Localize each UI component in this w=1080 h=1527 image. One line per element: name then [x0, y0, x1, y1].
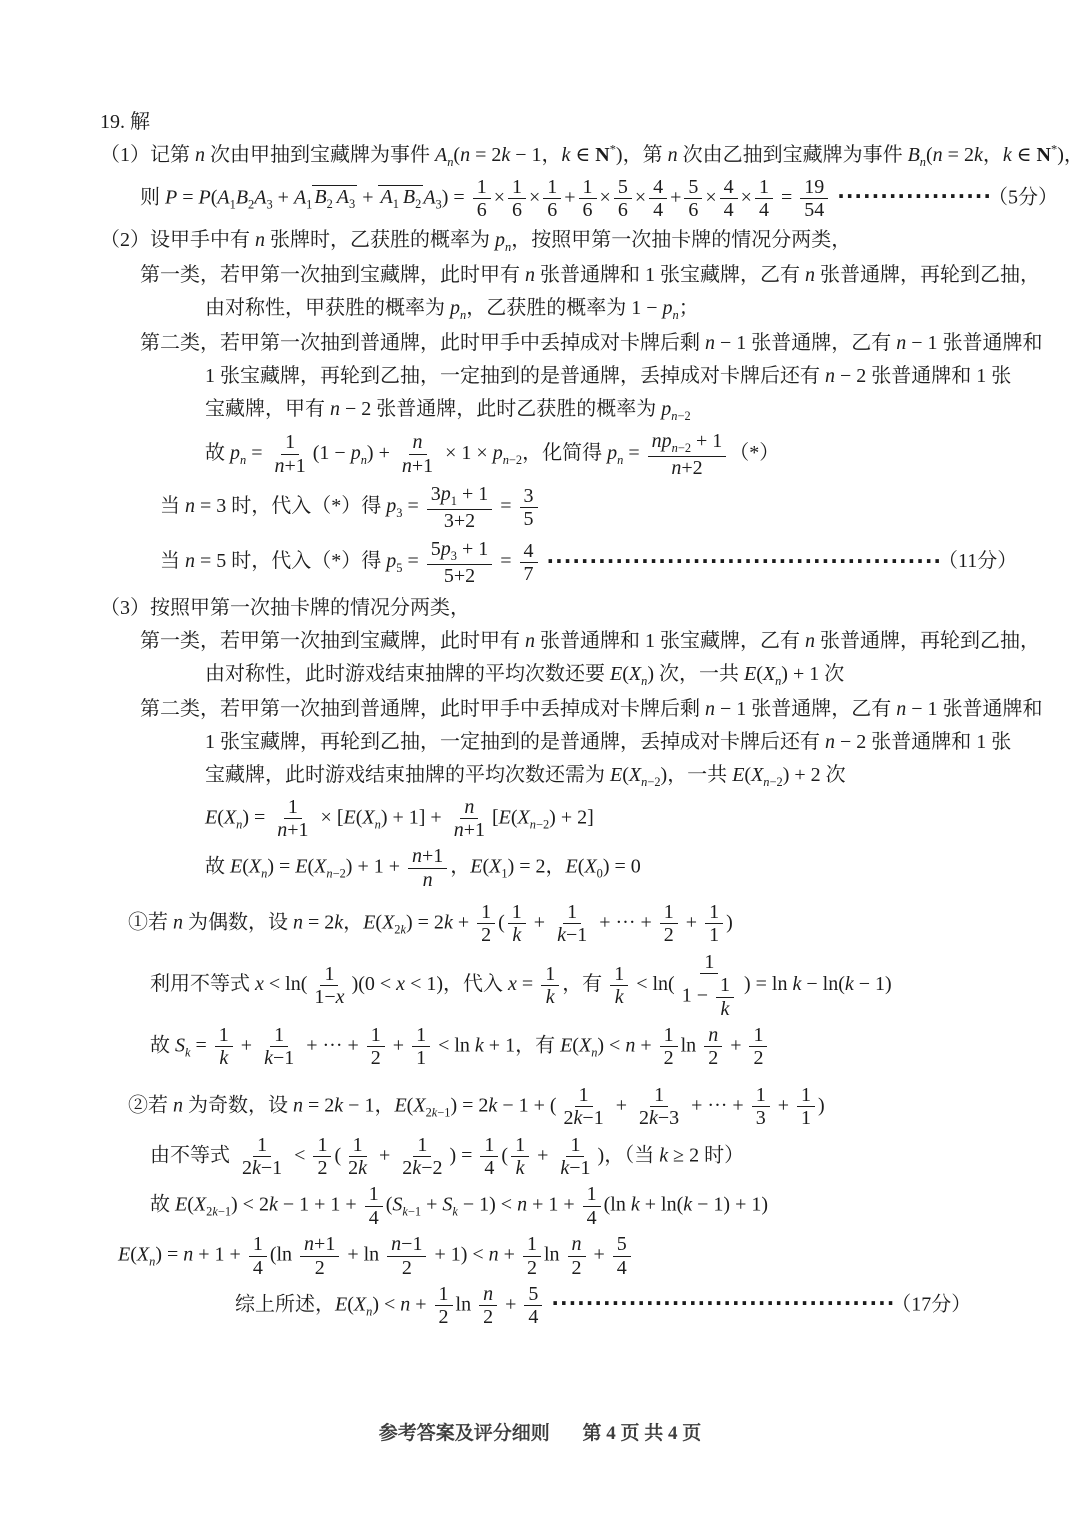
- math-var: p: [493, 442, 503, 464]
- math-run: + 1: [457, 538, 488, 560]
- math-run: + 1: [691, 430, 722, 452]
- math-run: (: [217, 806, 224, 828]
- math-var: E: [230, 856, 242, 878]
- fraction-denominator: k: [542, 986, 559, 1008]
- fraction-numerator: 1: [563, 901, 581, 924]
- fraction-denominator: n+1: [450, 819, 489, 841]
- math-var: k: [1003, 144, 1012, 166]
- math-var: n: [173, 912, 183, 934]
- math-run: 1: [801, 1084, 811, 1106]
- text-run: 张普通牌，再轮到乙抽，: [815, 264, 1040, 286]
- fraction-denominator: 1−x: [310, 986, 348, 1008]
- fraction-denominator: 2: [523, 1257, 541, 1279]
- math-run: 1: [756, 1084, 766, 1106]
- math-run: +: [453, 912, 474, 934]
- fraction-numerator: n−1: [387, 1233, 426, 1256]
- math-var: n: [173, 1094, 183, 1116]
- fraction-numerator: 5: [684, 176, 702, 199]
- text-run: ，: [343, 912, 363, 934]
- math-run: 4: [528, 1306, 538, 1328]
- math-run: ≥ 2: [668, 1144, 699, 1166]
- text-run: 利用不等式: [150, 973, 255, 995]
- math-var: E: [175, 1194, 187, 1216]
- math-run: ) = 2: [406, 912, 444, 934]
- math-var: A: [337, 186, 349, 208]
- fraction: n2: [704, 1024, 722, 1070]
- math-run: −: [401, 1233, 412, 1255]
- math-var: S: [442, 1194, 452, 1216]
- fraction: n+1n: [408, 845, 447, 891]
- text-run: ，乙获胜的概率为: [466, 297, 631, 319]
- part2-substitute-n3: 当 n = 3 时，代入（*）得 p3 = 3p1 + 13+2 = 35: [0, 483, 1080, 532]
- math-run: 6: [688, 199, 698, 221]
- fraction: 12: [660, 1024, 678, 1070]
- math-run: ×: [600, 186, 611, 208]
- math-run: 7: [524, 563, 534, 585]
- math-run: 1: [484, 1134, 494, 1156]
- text-run: ，代入: [443, 973, 508, 995]
- math-run: 1: [412, 1233, 422, 1255]
- math-run: 1: [709, 924, 719, 946]
- math-run: = 5: [195, 551, 226, 573]
- math-run: ) =: [449, 1144, 477, 1166]
- even-log-inequality: 利用不等式 x < ln(11−x)(0 < x < 1)，代入 x = 1k，…: [0, 951, 1080, 1020]
- fraction-denominator: 1: [705, 924, 723, 946]
- math-run: =: [191, 1035, 212, 1057]
- math-run: −: [582, 1107, 593, 1129]
- odd-inequality: 由不等式 12k−1 < 12(12k + 12k−2) = 14(1k + 1…: [0, 1134, 1080, 1180]
- math-run: −: [261, 1157, 272, 1179]
- fraction-numerator: 1: [755, 176, 773, 199]
- fraction-numerator: 1: [700, 951, 718, 974]
- math-run: − 1 + (: [497, 1094, 556, 1116]
- math-run: +: [273, 186, 294, 208]
- part3-case2-cont2: 宝藏牌，此时游戏结束抽牌的平均次数还需为 E(Xn−2)，一共 E(Xn−2) …: [0, 761, 1080, 792]
- math-run: 2: [465, 510, 475, 532]
- math-run: 2: [483, 1306, 493, 1328]
- math-var: p: [450, 297, 460, 319]
- math-run: =: [776, 186, 797, 208]
- math-var: n: [896, 698, 906, 720]
- math-var: k: [659, 1144, 668, 1166]
- overline: B2: [401, 185, 423, 211]
- fraction-denominator: 2: [313, 1157, 331, 1179]
- fraction: 1n+1: [270, 431, 309, 477]
- fraction-denominator: 2: [660, 1047, 678, 1069]
- fraction-denominator: 2k−2: [398, 1157, 446, 1179]
- math-run: 1: [325, 1233, 335, 1255]
- math-var: n: [825, 731, 835, 753]
- text-run: ，一共: [667, 764, 732, 786]
- math-run: 1: [257, 1134, 267, 1156]
- math-run: 1: [614, 963, 624, 985]
- subscript: 2: [327, 197, 333, 211]
- part3-expectation-equation: E(Xn) = 1n+1 × [E(Xn) + 1] + nn+1[E(Xn−2…: [0, 796, 1080, 842]
- fraction-numerator: 1: [215, 1024, 233, 1047]
- text-run: 故: [150, 1194, 175, 1216]
- math-var: n: [652, 430, 662, 452]
- math-run: 5: [528, 1283, 538, 1305]
- math-run: − 2: [340, 398, 371, 420]
- fraction-numerator: 1: [477, 901, 495, 924]
- math-var: X: [354, 1293, 366, 1315]
- fraction-numerator: 1: [284, 796, 302, 819]
- text-run: ，: [542, 144, 562, 166]
- fraction: 56: [614, 176, 632, 222]
- fraction-numerator: 1: [575, 1084, 593, 1107]
- fraction: 1k: [508, 901, 526, 947]
- math-var: n: [274, 455, 284, 477]
- text-run: 则: [140, 186, 165, 208]
- math-run: < ln(: [264, 973, 308, 995]
- math-run: +: [374, 1144, 395, 1166]
- fraction-numerator: 1: [249, 1233, 267, 1256]
- fraction-numerator: 1: [435, 1283, 453, 1306]
- fraction-numerator: 1: [660, 1024, 678, 1047]
- fraction-numerator: n: [704, 1024, 722, 1047]
- math-run: (: [926, 144, 933, 166]
- fraction: 54: [613, 1233, 631, 1279]
- math-run: −: [770, 775, 777, 789]
- math-var: p: [386, 495, 396, 517]
- math-run: 1: [587, 1183, 597, 1205]
- text-run: ②若: [128, 1094, 173, 1116]
- fraction: 1k: [215, 1024, 233, 1070]
- math-var: E: [560, 1035, 572, 1057]
- fraction-numerator: 1: [313, 1134, 331, 1157]
- fraction-denominator: 4: [365, 1207, 383, 1229]
- part1-probability-computation: 则 P = P(A1B2A3 + A1B2A3 + A1B2A3) = 16×1…: [0, 176, 1080, 222]
- fraction-numerator: 1: [543, 176, 561, 199]
- math-run: =: [246, 442, 267, 464]
- text-run: 故: [150, 1035, 175, 1057]
- fraction: nn+1: [398, 431, 437, 477]
- math-var: B: [908, 144, 920, 166]
- math-run: 1: [567, 901, 577, 923]
- text-run: 宝藏牌，此时游戏结束抽牌的平均次数还需为: [205, 764, 610, 786]
- part3-setup: （3）按照甲第一次抽卡牌的情况分两类，: [0, 594, 1080, 623]
- fraction-numerator: 1: [579, 176, 597, 199]
- math-var: p: [661, 398, 671, 420]
- fraction-denominator: 2: [660, 924, 678, 946]
- fraction: 1954: [800, 176, 828, 222]
- fraction-numerator: n: [409, 431, 427, 454]
- math-run: =: [495, 495, 516, 517]
- fraction-denominator: k: [611, 986, 628, 1008]
- math-run: ln: [681, 1035, 702, 1057]
- math-run: 2: [465, 565, 475, 587]
- math-run: 1: [654, 1084, 664, 1106]
- math-run: 1: [577, 924, 587, 946]
- math-run: 1: [299, 819, 309, 841]
- math-run: ) + 1 +: [346, 856, 405, 878]
- part2-substitute-n5: 当 n = 5 时，代入（*）得 p5 = 5p3 + 15+2 = 47···…: [0, 538, 1080, 587]
- math-var: E: [344, 806, 356, 828]
- math-run: 4: [369, 1207, 379, 1229]
- math-var: n: [517, 1194, 527, 1216]
- part3-case2-cont1: 1 张宝藏牌，再轮到乙抽，一定抽到的是普通牌，丢掉成对卡牌后还有 n − 2 张…: [0, 728, 1080, 757]
- case-odd: ②若 n 为奇数，设 n = 2k − 1，E(X2k−1) = 2k − 1 …: [0, 1084, 1080, 1130]
- text-run: 由对称性，此时游戏结束抽牌的平均次数还要: [205, 663, 610, 685]
- part3-recurrence: 故 E(Xn) = E(Xn−2) + 1 + n+1n，E(X1) = 2，E…: [0, 845, 1080, 891]
- math-run: (: [622, 764, 629, 786]
- math-run: ) =: [242, 806, 270, 828]
- math-var: k: [334, 1094, 343, 1116]
- math-var: n: [896, 332, 906, 354]
- math-var: n: [423, 869, 433, 891]
- math-run: 1: [515, 1134, 525, 1156]
- math-var: x: [255, 973, 264, 995]
- math-run: 1: [272, 1157, 282, 1179]
- fraction-denominator: 2k: [344, 1157, 371, 1179]
- fraction: 12: [313, 1134, 331, 1180]
- math-var: n: [400, 1293, 410, 1315]
- text-run: 次由甲抽到宝藏牌为事件: [205, 144, 435, 166]
- text-run: 张普通牌和 1 张: [866, 731, 1011, 753]
- math-run: 1: [423, 455, 433, 477]
- math-run: 5: [431, 538, 441, 560]
- scanned-answer-page: 19. 解（1）记第 n 次由甲抽到宝藏牌为事件 An(n = 2k − 1，k…: [0, 0, 1080, 1527]
- math-run: +: [284, 455, 295, 477]
- math-var: k: [512, 924, 521, 946]
- fraction: 12: [660, 901, 678, 947]
- fraction-denominator: n+2: [667, 457, 706, 479]
- part2-setup: （2）设甲手中有 n 张牌时，乙获胜的概率为 pn，按照甲第一次抽卡牌的情况分两…: [0, 226, 1080, 257]
- math-run: 1: [547, 176, 557, 198]
- math-run: ) = 2: [450, 1094, 488, 1116]
- math-var: n: [255, 229, 265, 251]
- fraction-denominator: 4: [649, 199, 667, 221]
- math-var: S: [175, 1035, 185, 1057]
- math-var: k: [358, 1157, 367, 1179]
- fraction-numerator: n: [479, 1283, 497, 1306]
- text-run: 次: [821, 764, 846, 786]
- math-run: +: [681, 912, 702, 934]
- math-run: =: [177, 186, 198, 208]
- math-var: A: [217, 186, 229, 208]
- fraction: 1k: [541, 963, 559, 1009]
- fraction-numerator: 5p3 + 1: [427, 538, 492, 565]
- math-run: 2: [402, 1257, 412, 1279]
- math-var: n: [391, 1233, 401, 1255]
- math-run: 1: [274, 1024, 284, 1046]
- math-run: 1 −: [682, 985, 713, 1007]
- fraction-denominator: 6: [579, 199, 597, 221]
- fraction: n2: [568, 1233, 586, 1279]
- fraction-numerator: 4: [520, 540, 538, 563]
- math-var: A: [380, 186, 392, 208]
- fraction-numerator: 1: [523, 1233, 541, 1256]
- math-run: 1: [527, 1233, 537, 1255]
- fraction-denominator: 4: [613, 1257, 631, 1279]
- math-run: 4: [253, 1257, 263, 1279]
- math-run: +: [464, 819, 475, 841]
- math-run: 4: [759, 199, 769, 221]
- math-var: k: [649, 1107, 658, 1129]
- math-run: 4: [653, 176, 663, 198]
- fraction-denominator: 1 − 1k: [678, 974, 741, 1020]
- math-run: =: [517, 973, 538, 995]
- subscript: 2k−1: [206, 1205, 231, 1219]
- fraction: 12: [367, 1024, 385, 1070]
- math-var: n: [304, 1233, 314, 1255]
- math-var: S: [392, 1194, 402, 1216]
- overline: B2: [312, 185, 334, 211]
- math-run: = 2: [943, 144, 974, 166]
- math-bold-symbol: N: [595, 144, 609, 166]
- math-var: E: [363, 912, 375, 934]
- math-run: 1: [804, 176, 814, 198]
- math-var: n: [454, 819, 464, 841]
- math-run: × [: [316, 806, 344, 828]
- math-run: 2: [664, 924, 674, 946]
- math-run: ) = ln: [744, 973, 793, 995]
- math-run: 4: [524, 540, 534, 562]
- math-run: 19.: [100, 111, 130, 133]
- even-sum-bound: 故 Sk = 1k + 1k−1 + ··· + 12 + 11 < ln k …: [0, 1024, 1080, 1070]
- math-run: −: [421, 1157, 432, 1179]
- math-run: +: [314, 1233, 325, 1255]
- fraction-denominator: 2: [367, 1047, 385, 1069]
- math-run: ) + 1] +: [381, 806, 447, 828]
- subscript: 2: [415, 197, 421, 211]
- math-var: n: [525, 264, 535, 286]
- fraction-denominator: 3: [752, 1107, 770, 1129]
- fraction-denominator: k: [717, 998, 734, 1020]
- fraction-denominator: 4: [720, 199, 738, 221]
- math-var: k: [683, 1194, 692, 1216]
- math-var: P: [199, 186, 211, 208]
- math-run: = 2: [470, 144, 501, 166]
- math-run: − 1) + 1): [692, 1194, 768, 1216]
- math-var: n: [464, 796, 474, 818]
- math-run: ×: [741, 186, 752, 208]
- math-run: 2: [371, 1047, 381, 1069]
- text-run: ，有: [562, 973, 607, 995]
- math-run: 1: [475, 819, 485, 841]
- fraction-denominator: 7: [520, 563, 538, 585]
- fraction-denominator: 2: [477, 924, 495, 946]
- text-run: （17分）: [901, 1293, 971, 1315]
- text-run: 张普通牌，乙有: [746, 332, 896, 354]
- math-var: n: [668, 144, 678, 166]
- math-run: ∈: [570, 144, 595, 166]
- math-run: +: [388, 1035, 409, 1057]
- text-run: 综上所述，: [235, 1293, 335, 1315]
- fraction-denominator: 1: [797, 1107, 815, 1129]
- math-run: 3: [524, 485, 534, 507]
- text-run: 由不等式: [150, 1144, 235, 1166]
- overline: A3: [335, 185, 357, 211]
- math-run: 1: [433, 845, 443, 867]
- math-run: 4: [724, 199, 734, 221]
- fraction: 14: [249, 1233, 267, 1279]
- math-run: ln: [544, 1244, 565, 1266]
- math-run: 1: [664, 1024, 674, 1046]
- case-even: ①若 n 为偶数，设 n = 2k，E(X2k) = 2k + 12(1k + …: [0, 901, 1080, 947]
- text-run: （2）设甲手中有: [100, 229, 255, 251]
- fraction: 14: [365, 1183, 383, 1229]
- text-run: 第二类，若甲第一次抽到普通牌，此时甲手中丢掉成对卡牌后剩: [140, 698, 705, 720]
- math-var: n: [705, 332, 715, 354]
- math-run: 1: [439, 1283, 449, 1305]
- math-run: 2: [432, 1157, 442, 1179]
- math-run: ln: [456, 1293, 477, 1315]
- math-run: 1: [371, 1024, 381, 1046]
- math-run: 1: [284, 1047, 294, 1069]
- math-run: ) =: [267, 856, 295, 878]
- math-var: E: [610, 764, 622, 786]
- math-run: 1: [753, 1024, 763, 1046]
- text-run: ，按照甲第一次抽卡牌的情况分两类，: [511, 229, 851, 251]
- subscript: 2k: [394, 923, 406, 937]
- fraction: 1k−1: [553, 901, 591, 947]
- math-run: 1: [720, 974, 730, 996]
- math-run: )(0 <: [352, 973, 397, 995]
- fraction: 12: [523, 1233, 541, 1279]
- math-run: +: [454, 565, 465, 587]
- subscript: n−2: [641, 775, 660, 789]
- math-run: − 2: [835, 731, 866, 753]
- part3-case1-symmetry: 由对称性，此时游戏结束抽牌的平均次数还要 E(Xn) 次，一共 E(Xn) + …: [0, 660, 1080, 691]
- math-run: − 1 + 1 +: [278, 1194, 362, 1216]
- math-var: X: [249, 856, 261, 878]
- math-run: +: [499, 1244, 520, 1266]
- math-run: (: [572, 1035, 579, 1057]
- fraction-numerator: 1: [752, 1084, 770, 1107]
- math-var: k: [615, 986, 624, 1008]
- text-run: 由对称性，甲获胜的概率为: [205, 297, 450, 319]
- math-var: X: [629, 764, 641, 786]
- math-run: 1: [477, 176, 487, 198]
- text-run: 张普通牌，乙有: [746, 698, 896, 720]
- fraction-numerator: 1: [508, 901, 526, 924]
- subscript: n−2: [503, 453, 522, 467]
- math-run: (ln: [270, 1244, 297, 1266]
- math-run: =: [623, 442, 644, 464]
- math-var: n: [293, 912, 303, 934]
- math-run: 2: [439, 1306, 449, 1328]
- math-run: 1: [417, 1134, 427, 1156]
- math-var: p: [662, 430, 672, 452]
- math-var: B: [236, 186, 248, 208]
- math-var: p: [441, 483, 451, 505]
- math-run: + ··· +: [301, 1035, 364, 1057]
- math-run: + ln: [342, 1244, 384, 1266]
- fraction: 5p3 + 15+2: [427, 538, 492, 587]
- fraction-numerator: 5: [613, 1233, 631, 1256]
- fraction: 47: [520, 540, 538, 586]
- math-run: 4: [484, 1157, 494, 1179]
- subscript: n−2: [671, 409, 690, 423]
- fraction: 11 − 1k: [678, 951, 741, 1020]
- math-run: ) +: [367, 442, 395, 464]
- math-run: +: [236, 1035, 257, 1057]
- fraction: 11−x: [310, 963, 348, 1009]
- math-run: +: [532, 1144, 553, 1166]
- text-run: 张普通牌和 1 张: [866, 365, 1011, 387]
- math-run: +: [422, 845, 433, 867]
- math-run: 1: [704, 951, 714, 973]
- math-var: X: [751, 764, 763, 786]
- math-var: E: [732, 764, 744, 786]
- math-run: + ln(: [640, 1194, 684, 1216]
- math-run: 1: [353, 1134, 363, 1156]
- fraction-numerator: npn−2 + 1: [648, 430, 727, 457]
- math-var: X: [362, 806, 374, 828]
- math-run: (: [756, 663, 763, 685]
- fraction-numerator: 1: [566, 1134, 584, 1157]
